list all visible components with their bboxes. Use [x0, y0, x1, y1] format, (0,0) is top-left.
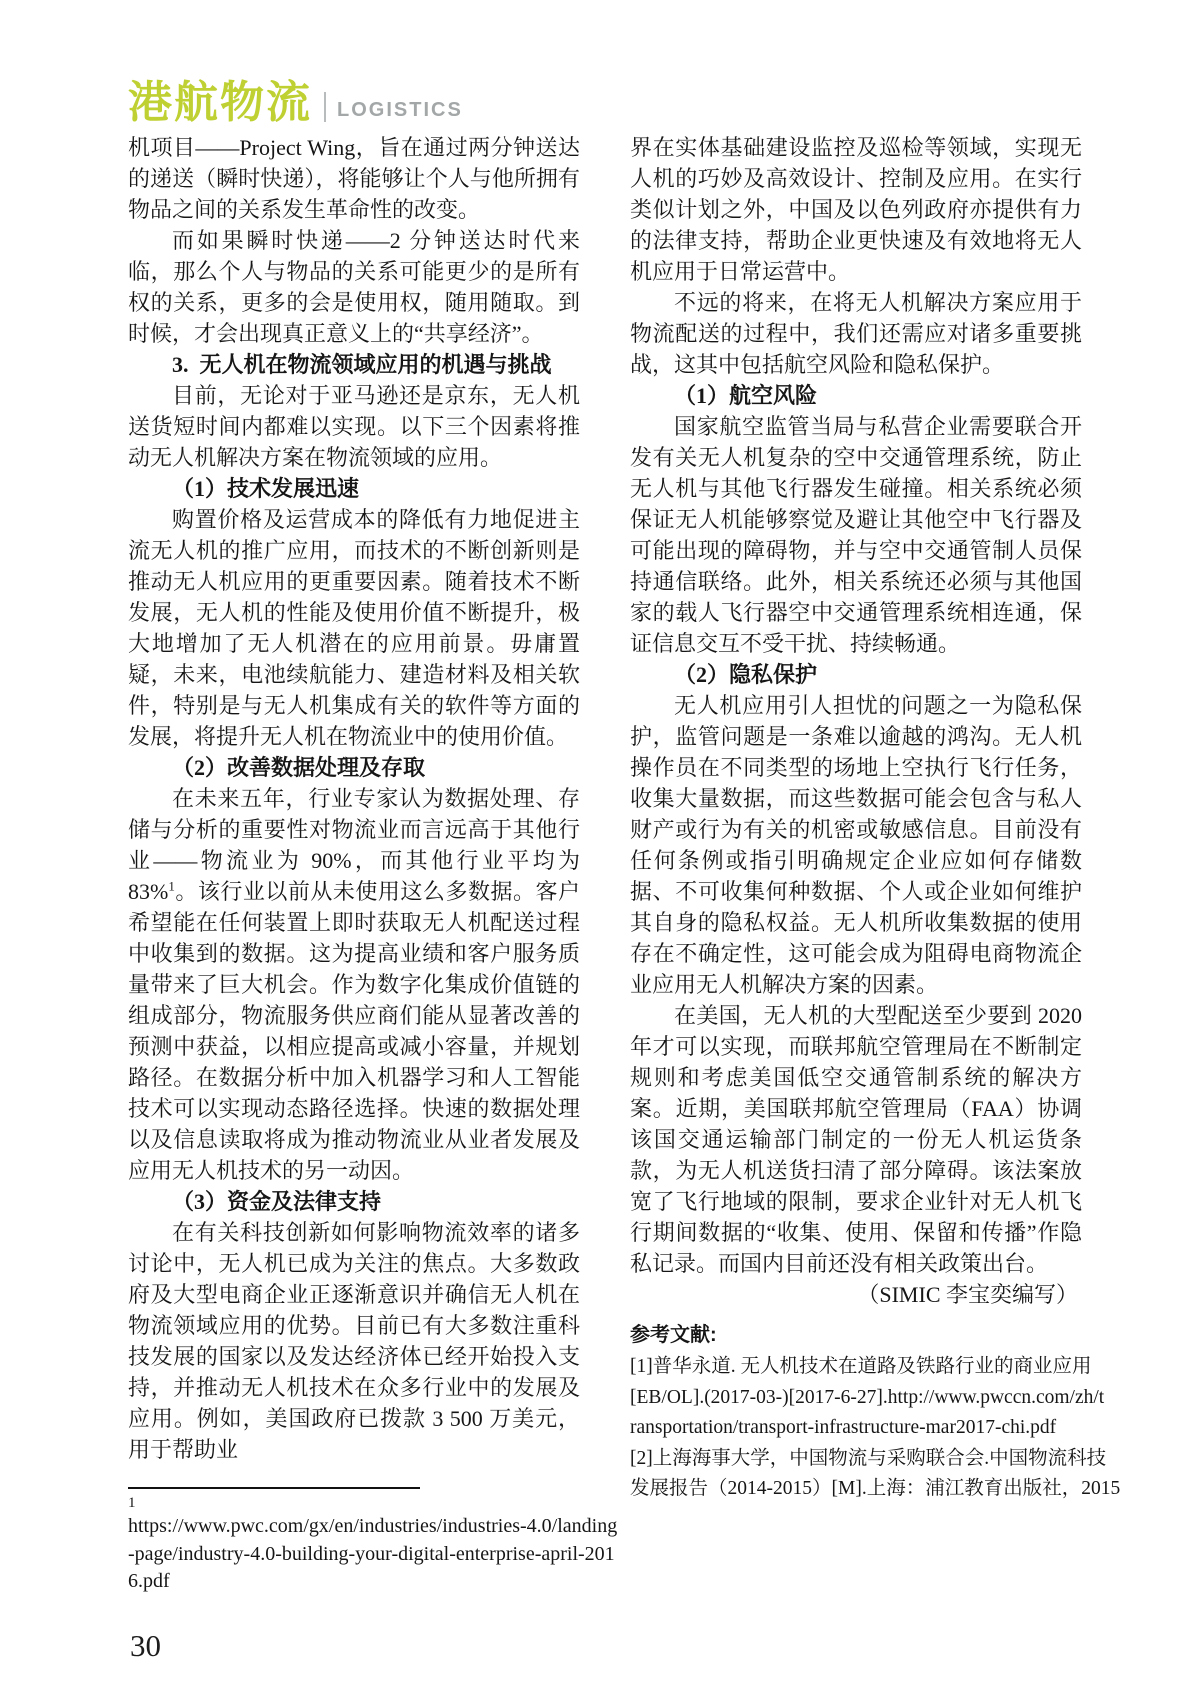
paragraph: 在未来五年，行业专家认为数据处理、存储与分析的重要性对物流业而言远高于其他行业—…: [128, 783, 580, 1186]
references-heading: 参考文献:: [630, 1318, 1082, 1352]
section-heading: （3）资金及法律支持: [128, 1186, 580, 1217]
paragraph: 国家航空监管当局与私营企业需要联合开发有关无人机复杂的空中交通管理系统，防止无人…: [630, 411, 1082, 659]
section-heading: （1）航空风险: [630, 380, 1082, 411]
reference-line: [1]普华永道. 无人机技术在道路及铁路行业的商业应用: [630, 1352, 1082, 1383]
paragraph: 机项目——Project Wing，旨在通过两分钟送达的递送（瞬时快递），将能够…: [128, 132, 580, 225]
document-page: 港航物流 LOGISTICS 机项目——Project Wing，旨在通过两分钟…: [0, 0, 1200, 1707]
footnote-url-line: https://www.pwc.com/gx/en/industries/ind…: [128, 1513, 580, 1541]
paragraph: 无人机应用引人担忧的问题之一为隐私保护，监管问题是一条难以逾越的鸿沟。无人机操作…: [630, 690, 1082, 1000]
section-heading: 3. 无人机在物流领域应用的机遇与挑战: [128, 349, 580, 380]
section-heading: （2）隐私保护: [630, 659, 1082, 690]
reference-line: [EB/OL].(2017-03-)[2017-6-27].http://www…: [630, 1383, 1082, 1414]
paragraph: 在美国，无人机的大型配送至少要到 2020 年才可以实现，而联邦航空管理局在不断…: [630, 1000, 1082, 1279]
footnote-separator: [128, 1487, 420, 1489]
section-heading: （2）改善数据处理及存取: [128, 752, 580, 783]
footnote-url-line: -page/industry-4.0-building-your-digital…: [128, 1541, 580, 1569]
references-section: 参考文献: [1]普华永道. 无人机技术在道路及铁路行业的商业应用 [EB/OL…: [630, 1318, 1082, 1505]
page-number: 30: [130, 1626, 161, 1666]
header-divider: [324, 92, 326, 122]
left-column: 机项目——Project Wing，旨在通过两分钟送达的递送（瞬时快递），将能够…: [128, 132, 580, 1596]
reference-line: 发展报告（2014-2015）[M].上海：浦江教育出版社，2015: [630, 1474, 1082, 1505]
paragraph-text: 。该行业以前从未使用这么多数据。客户希望能在任何装置上即时获取无人机配送过程中收…: [128, 879, 580, 1183]
paragraph: 而如果瞬时快递——2 分钟送达时代来临，那么个人与物品的关系可能更少的是所有权的…: [128, 225, 580, 349]
paragraph: 不远的将来，在将无人机解决方案应用于物流配送的过程中，我们还需应对诸多重要挑战，…: [630, 287, 1082, 380]
paragraph: 界在实体基础建设监控及巡检等领域，实现无人机的巧妙及高效设计、控制及应用。在实行…: [630, 132, 1082, 287]
section-title-english: LOGISTICS: [337, 99, 463, 121]
reference-line: ransportation/transport-infrastructure-m…: [630, 1413, 1082, 1444]
paragraph: 购置价格及运营成本的降低有力地促进主流无人机的推广应用，而技术的不断创新则是推动…: [128, 504, 580, 752]
author-byline: （SIMIC 李宝奕编写）: [630, 1279, 1082, 1310]
reference-line: [2]上海海事大学，中国物流与采购联合会.中国物流科技: [630, 1444, 1082, 1475]
page-header: 港航物流 LOGISTICS: [128, 80, 463, 126]
paragraph: 在有关科技创新如何影响物流效率的诸多讨论中，无人机已成为关注的焦点。大多数政府及…: [128, 1217, 580, 1465]
footnote: 1 https://www.pwc.com/gx/en/industries/i…: [128, 1487, 580, 1596]
paragraph: 目前，无论对于亚马逊还是京东，无人机送货短时间内都难以实现。以下三个因素将推动无…: [128, 380, 580, 473]
footnote-url-line: 6.pdf: [128, 1568, 580, 1596]
section-heading: （1）技术发展迅速: [128, 473, 580, 504]
section-title-chinese: 港航物流: [128, 80, 312, 126]
right-column: 界在实体基础建设监控及巡检等领域，实现无人机的巧妙及高效设计、控制及应用。在实行…: [630, 132, 1082, 1505]
footnote-marker: 1: [128, 1493, 580, 1513]
